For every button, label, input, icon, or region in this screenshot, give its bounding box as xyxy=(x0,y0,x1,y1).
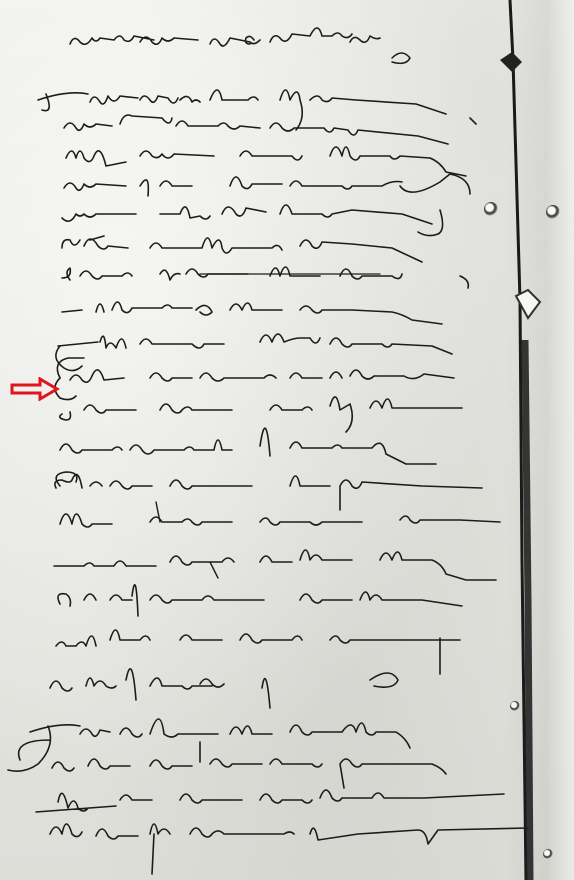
manuscript-line: handwritten line 20 xyxy=(20,720,505,750)
manuscript-line-highlighted: handwritten line 11 xyxy=(58,364,477,394)
manuscript-page: handwritten line 1 handwritten line 2 ha… xyxy=(0,0,574,880)
red-arrow-icon xyxy=(10,377,60,401)
manuscript-line: handwritten line 1 xyxy=(68,28,468,58)
manuscript-line: handwritten line 2 xyxy=(36,88,490,118)
